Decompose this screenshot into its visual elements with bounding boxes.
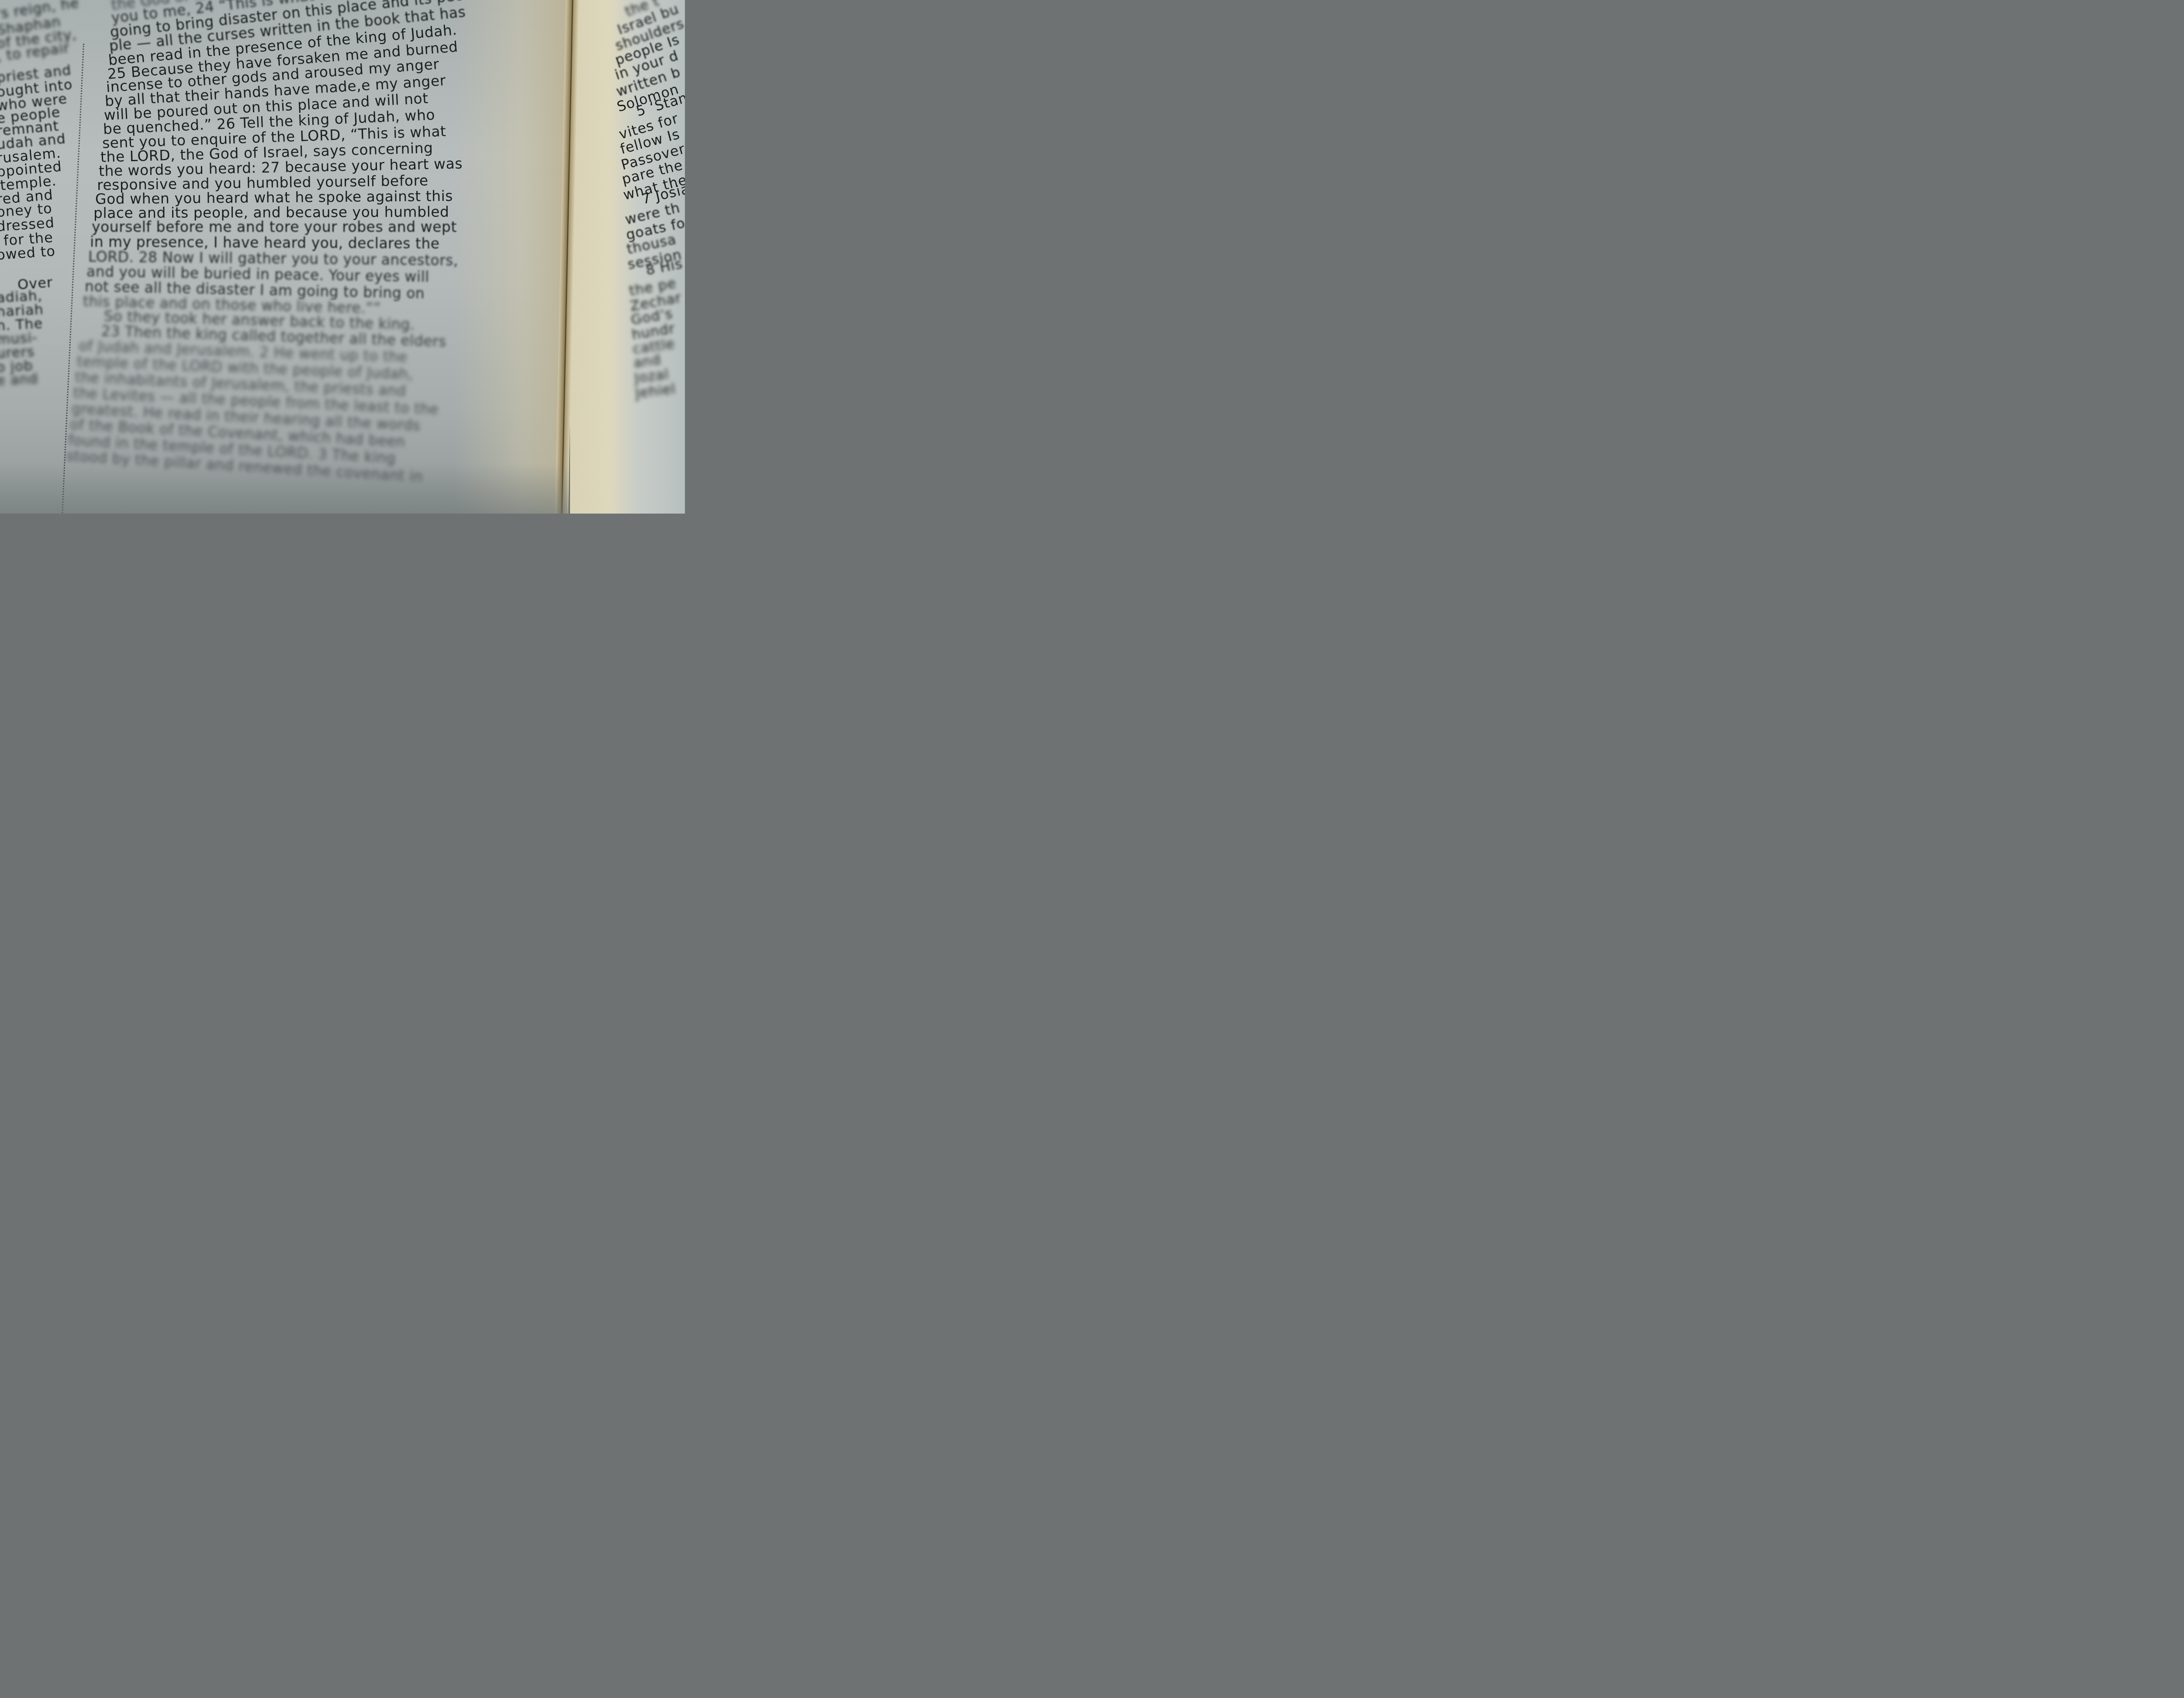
left-line: e and: [0, 370, 38, 389]
open-bible-photo: 's reign, he Shaphan of the city, , to r…: [0, 0, 685, 514]
page-bottom-shadow: [0, 463, 568, 514]
verse-line: yourself before me and tore your robes a…: [92, 218, 457, 235]
